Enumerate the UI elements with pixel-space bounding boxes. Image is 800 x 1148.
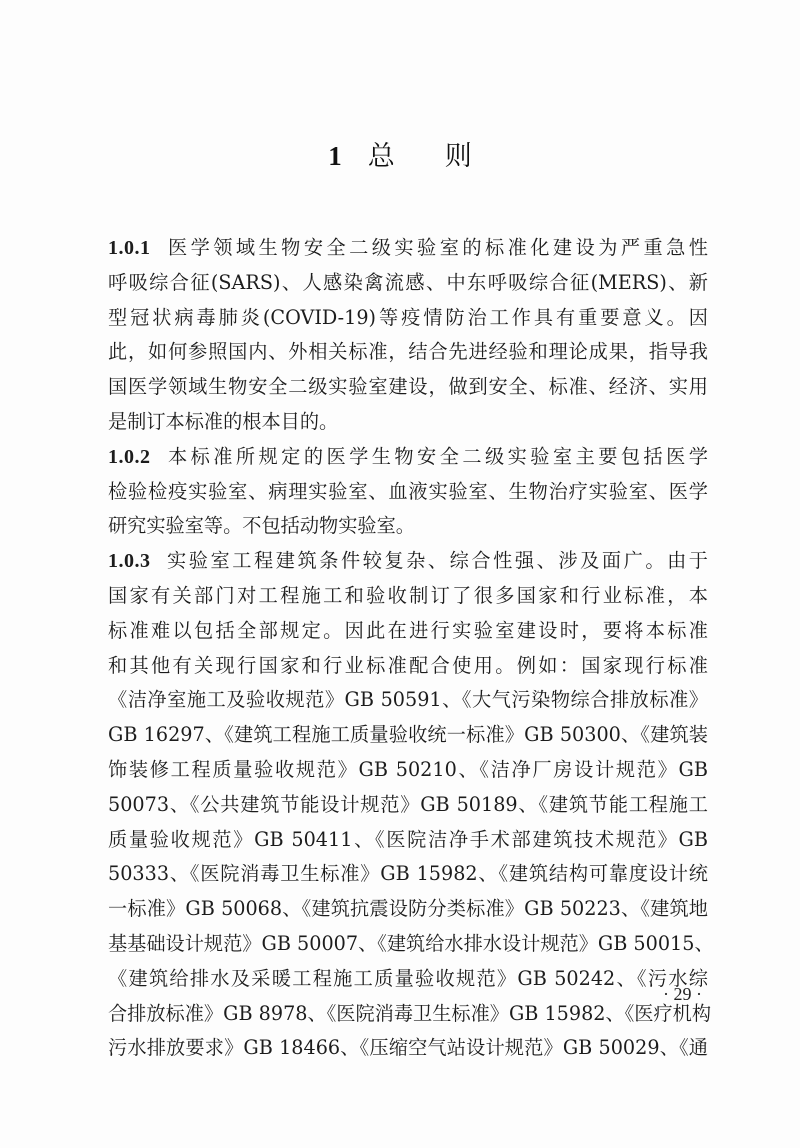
line-text: 医学领域生物安全二级实验室的标准化建设为严重急性 xyxy=(165,236,709,259)
line-text: 实验室工程建筑条件较复杂、综合性强、涉及面广。由于 xyxy=(165,549,709,572)
text-line: 1.0.2本标准所规定的医学生物安全二级实验室主要包括医学 xyxy=(108,440,708,475)
text-line: 污水排放要求》GB 18466、《压缩空气站设计规范》GB 50029、《通 xyxy=(108,1031,708,1066)
text-line: 标准难以包括全部规定。因此在进行实验室建设时，要将本标准 xyxy=(108,614,708,649)
text-line: 1.0.1医学领域生物安全二级实验室的标准化建设为严重急性 xyxy=(108,231,708,266)
text-line: 质量验收规范》GB 50411、《医院洁净手术部建筑技术规范》GB xyxy=(108,823,708,858)
clause-1-0-2: 1.0.2本标准所规定的医学生物安全二级实验室主要包括医学 检验检疫实验室、病理… xyxy=(108,440,708,544)
text-line: 50333、《医院消毒卫生标准》GB 15982、《建筑结构可靠度设计统 xyxy=(108,857,708,892)
chapter-number: 1 xyxy=(328,141,342,171)
chapter-title: 1总则 xyxy=(0,136,800,177)
document-page: 1总则 1.0.1医学领域生物安全二级实验室的标准化建设为严重急性 呼吸综合征(… xyxy=(0,0,800,1148)
text-line: 和其他有关现行国家和行业标准配合使用。例如：国家现行标准 xyxy=(108,649,708,684)
text-line: GB 16297、《建筑工程施工质量验收统一标准》GB 50300、《建筑装 xyxy=(108,718,708,753)
text-line: 检验检疫实验室、病理实验室、血液实验室、生物治疗实验室、医学 xyxy=(108,475,708,510)
text-line: 50073、《公共建筑节能设计规范》GB 50189、《建筑节能工程施工 xyxy=(108,788,708,823)
text-line: 一标准》GB 50068、《建筑抗震设防分类标准》GB 50223、《建筑地 xyxy=(108,892,708,927)
clause-number: 1.0.2 xyxy=(108,446,151,468)
text-line: 此，如何参照国内、外相关标准，结合先进经验和理论成果，指导我 xyxy=(108,335,708,370)
text-line: 国医学领域生物安全二级实验室建设，做到安全、标准、经济、实用 xyxy=(108,370,708,405)
text-line: 研究实验室等。不包括动物实验室。 xyxy=(108,509,708,544)
text-line: 是制订本标准的根本目的。 xyxy=(108,405,708,440)
text-line: 国家有关部门对工程施工和验收制订了很多国家和行业标准，本 xyxy=(108,579,708,614)
page-number: · 29 · xyxy=(612,984,702,1005)
clause-1-0-1: 1.0.1医学领域生物安全二级实验室的标准化建设为严重急性 呼吸综合征(SARS… xyxy=(108,231,708,440)
body-text: 1.0.1医学领域生物安全二级实验室的标准化建设为严重急性 呼吸综合征(SARS… xyxy=(108,231,708,1066)
line-text: 本标准所规定的医学生物安全二级实验室主要包括医学 xyxy=(165,445,709,468)
text-line: 1.0.3实验室工程建筑条件较复杂、综合性强、涉及面广。由于 xyxy=(108,544,708,579)
clause-number: 1.0.3 xyxy=(108,550,151,572)
text-line: 型冠状病毒肺炎(COVID-19)等疫情防治工作具有重要意义。因 xyxy=(108,301,708,336)
chapter-title-char-2: 则 xyxy=(445,137,472,177)
chapter-title-char-1: 总 xyxy=(368,137,395,177)
clause-number: 1.0.1 xyxy=(108,237,151,259)
text-line: 《洁净室施工及验收规范》GB 50591、《大气污染物综合排放标准》 xyxy=(108,683,708,718)
text-line: 饰装修工程质量验收规范》GB 50210、《洁净厂房设计规范》GB xyxy=(108,753,708,788)
text-line: 呼吸综合征(SARS)、人感染禽流感、中东呼吸综合征(MERS)、新 xyxy=(108,266,708,301)
text-line: 基基础设计规范》GB 50007、《建筑给水排水设计规范》GB 50015、 xyxy=(108,927,708,962)
